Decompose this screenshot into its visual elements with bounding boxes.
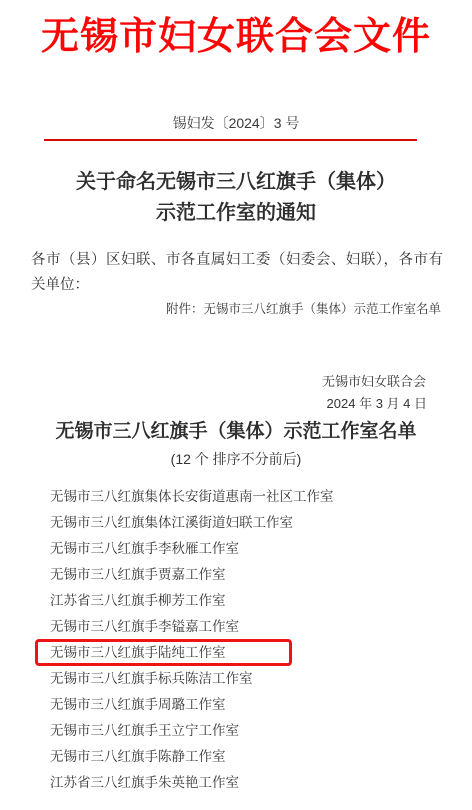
attachment-note: 附件：无锡市三八红旗手（集体）示范工作室名单	[0, 299, 472, 317]
roster-list-item: 无锡市三八红旗手李镒嘉工作室	[50, 614, 450, 640]
roster-list-item: 江苏省三八红旗手柳芳工作室	[50, 588, 450, 614]
roster-list-item: 无锡市三八红旗手陈静工作室	[50, 744, 450, 770]
roster-list-item: 无锡市三八红旗集体江溪街道妇联工作室	[50, 510, 450, 536]
notice-title-line-2: 示范工作室的通知	[0, 198, 472, 229]
signature-date: 2024 年 3 月 4 日	[0, 393, 472, 412]
roster-subtitle: (12 个 排序不分前后)	[0, 449, 472, 469]
roster-list-item: 江苏省三八红旗手朱英艳工作室	[50, 770, 450, 796]
roster-list-item-highlighted: 无锡市三八红旗手陆纯工作室	[50, 640, 450, 666]
document-page: 无锡市妇女联合会文件 锡妇发〔2024〕3 号 关于命名无锡市三八红旗手（集体）…	[0, 0, 472, 810]
roster-list-item: 无锡市三八红旗集体长安街道惠南一社区工作室	[50, 484, 450, 510]
roster-list-item: 无锡市三八红旗手李秋雁工作室	[50, 536, 450, 562]
salutation-text: 各市（县）区妇联、市各直属妇工委（妇委会、妇联），各市有关单位：	[31, 248, 443, 298]
document-number: 锡妇发〔2024〕3 号	[0, 113, 472, 133]
roster-list-item: 无锡市三八红旗手贾嘉工作室	[50, 562, 450, 588]
roster-list-item: 无锡市三八红旗手周璐工作室	[50, 692, 450, 718]
notice-title: 关于命名无锡市三八红旗手（集体） 示范工作室的通知	[0, 167, 472, 229]
roster-list: 无锡市三八红旗集体长安街道惠南一社区工作室无锡市三八红旗集体江溪街道妇联工作室无…	[50, 484, 450, 796]
roster-list-item: 无锡市三八红旗手王立宁工作室	[50, 718, 450, 744]
signature-organization: 无锡市妇女联合会	[0, 371, 472, 390]
red-divider-line	[44, 139, 417, 141]
roster-title: 无锡市三八红旗手（集体）示范工作室名单	[0, 416, 472, 443]
roster-list-item: 无锡市三八红旗手标兵陈洁工作室	[50, 666, 450, 692]
masthead-title: 无锡市妇女联合会文件	[0, 12, 472, 62]
notice-title-line-1: 关于命名无锡市三八红旗手（集体）	[0, 167, 472, 198]
